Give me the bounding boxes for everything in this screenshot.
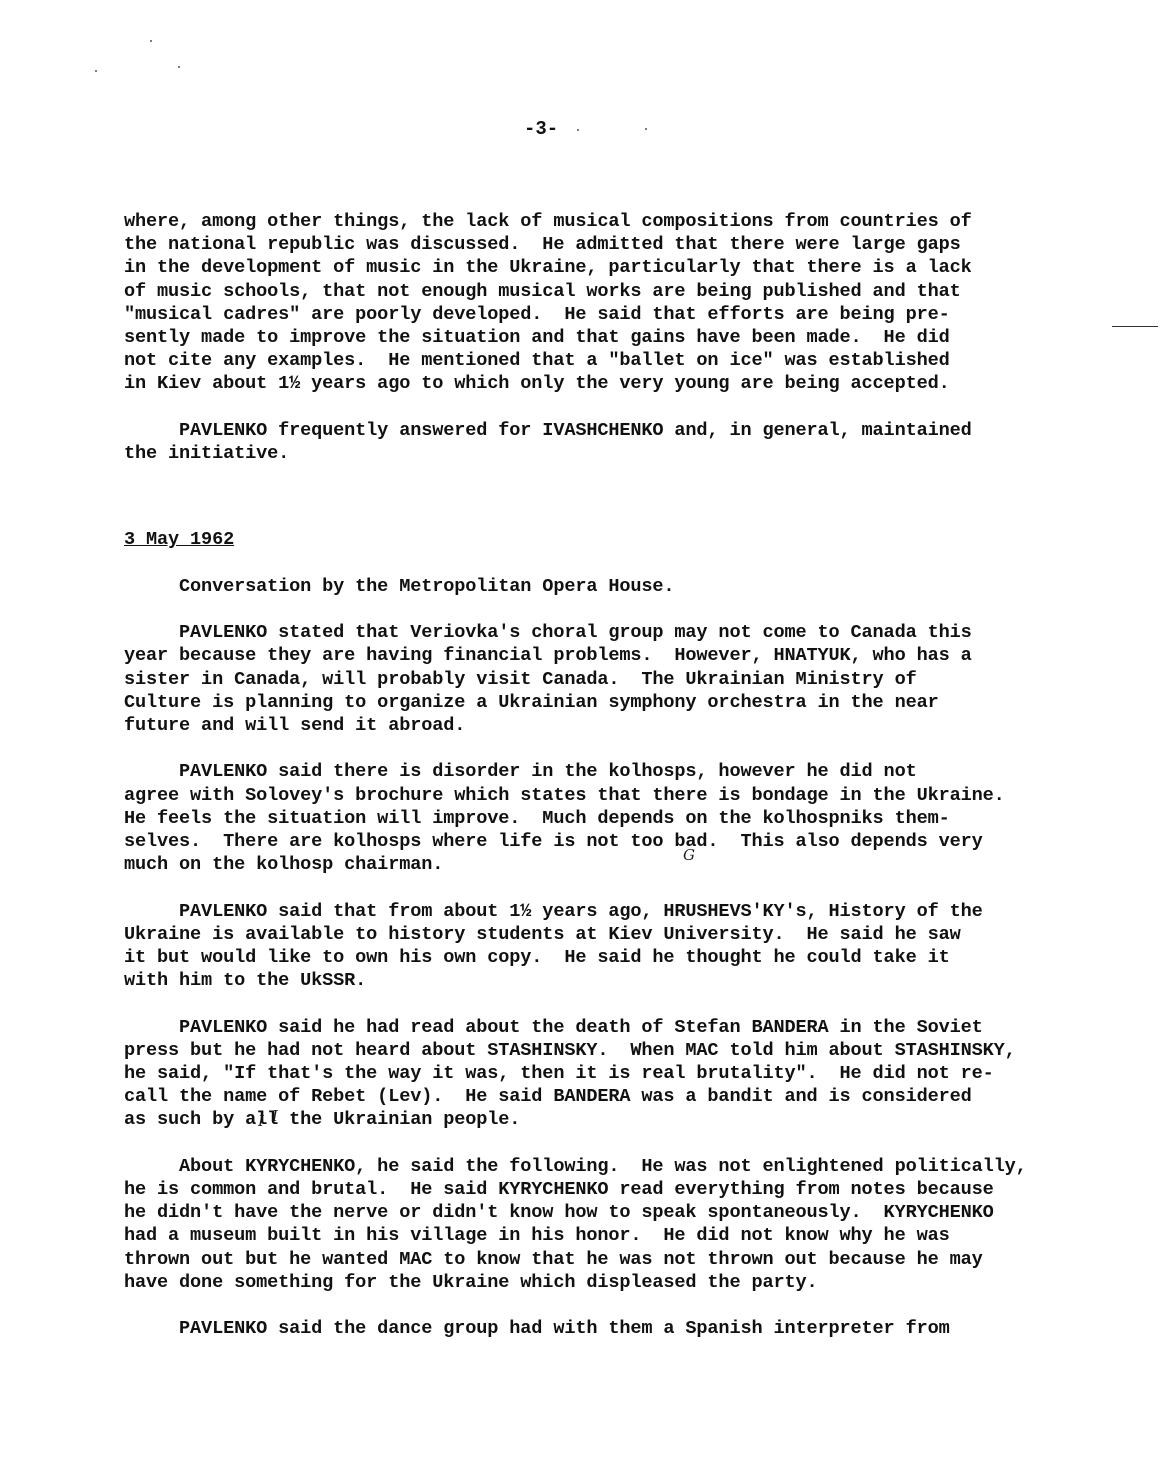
text-line: Culture is planning to organize a Ukrain… [124,691,1044,714]
text-line: PAVLENKO said that from about 1½ years a… [124,900,1044,923]
speck [645,128,647,130]
text-line: in the development of music in the Ukrai… [124,256,1044,279]
text-line: PAVLENKO stated that Veriovka's choral g… [124,621,1044,644]
text-line: it but would like to own his own copy. H… [124,946,1044,969]
page-number: -3- [524,118,558,140]
speck [178,66,180,68]
text-line: had a museum built in his village in his… [124,1224,1044,1247]
text-line: he didn't have the nerve or didn't know … [124,1201,1044,1224]
speck [577,129,579,131]
speck [150,40,152,42]
paragraph: where, among other things, the lack of m… [124,210,1044,396]
text-line: PAVLENKO said there is disorder in the k… [124,760,1044,783]
text-line: PAVLENKO frequently answered for IVASHCH… [124,419,1044,442]
text-line: with him to the UkSSR. [124,969,1044,992]
text-line: much on the kolhosp chairman. [124,853,1044,876]
text-line: About KYRYCHENKO, he said the following.… [124,1155,1044,1178]
speck [95,70,97,72]
text-line: thrown out but he wanted MAC to know tha… [124,1248,1044,1271]
paragraph: PAVLENKO stated that Veriovka's choral g… [124,621,1044,737]
text-line: PAVLENKO said he had read about the deat… [124,1016,1044,1039]
text-line: not cite any examples. He mentioned that… [124,349,1044,372]
text-line: have done something for the Ukraine whic… [124,1271,1044,1294]
text-line: year because they are having financial p… [124,644,1044,667]
text-line: PAVLENKO said the dance group had with t… [124,1317,1044,1340]
paragraph: PAVLENKO said he had read about the deat… [124,1016,1044,1132]
text-line: "musical cadres" are poorly developed. H… [124,303,1044,326]
text-line: where, among other things, the lack of m… [124,210,1044,233]
date-heading: 3 May 1962 [124,528,1044,551]
paragraph: PAVLENKO said there is disorder in the k… [124,760,1044,876]
text-line: he said, "If that's the way it was, then… [124,1062,1044,1085]
text-line: the national republic was discussed. He … [124,233,1044,256]
text-line: Ukraine is available to history students… [124,923,1044,946]
text-line: the initiative. [124,442,1044,465]
paragraph: About KYRYCHENKO, he said the following.… [124,1155,1044,1294]
text-line: in Kiev about 1½ years ago to which only… [124,372,1044,395]
text-line: future and will send it abroad. [124,714,1044,737]
paragraph: PAVLENKO frequently answered for IVASHCH… [124,419,1044,465]
text-line: He feels the situation will improve. Muc… [124,807,1044,830]
text-line: of music schools, that not enough musica… [124,280,1044,303]
document-body: where, among other things, the lack of m… [124,210,1044,1340]
paragraph: PAVLENKO said the dance group had with t… [124,1317,1044,1340]
margin-mark [1112,326,1158,327]
text-line: as such by all the Ukrainian people. [124,1108,1044,1131]
paragraph: PAVLENKO said that from about 1½ years a… [124,900,1044,993]
text-line: selves. There are kolhosps where life is… [124,830,1044,853]
section-intro: Conversation by the Metropolitan Opera H… [124,575,1044,598]
text-line: sently made to improve the situation and… [124,326,1044,349]
text-line: he is common and brutal. He said KYRYCHE… [124,1178,1044,1201]
text-line: press but he had not heard about STASHIN… [124,1039,1044,1062]
text-line: agree with Solovey's brochure which stat… [124,784,1044,807]
text-line: sister in Canada, will probably visit Ca… [124,668,1044,691]
text-line: call the name of Rebet (Lev). He said BA… [124,1085,1044,1108]
